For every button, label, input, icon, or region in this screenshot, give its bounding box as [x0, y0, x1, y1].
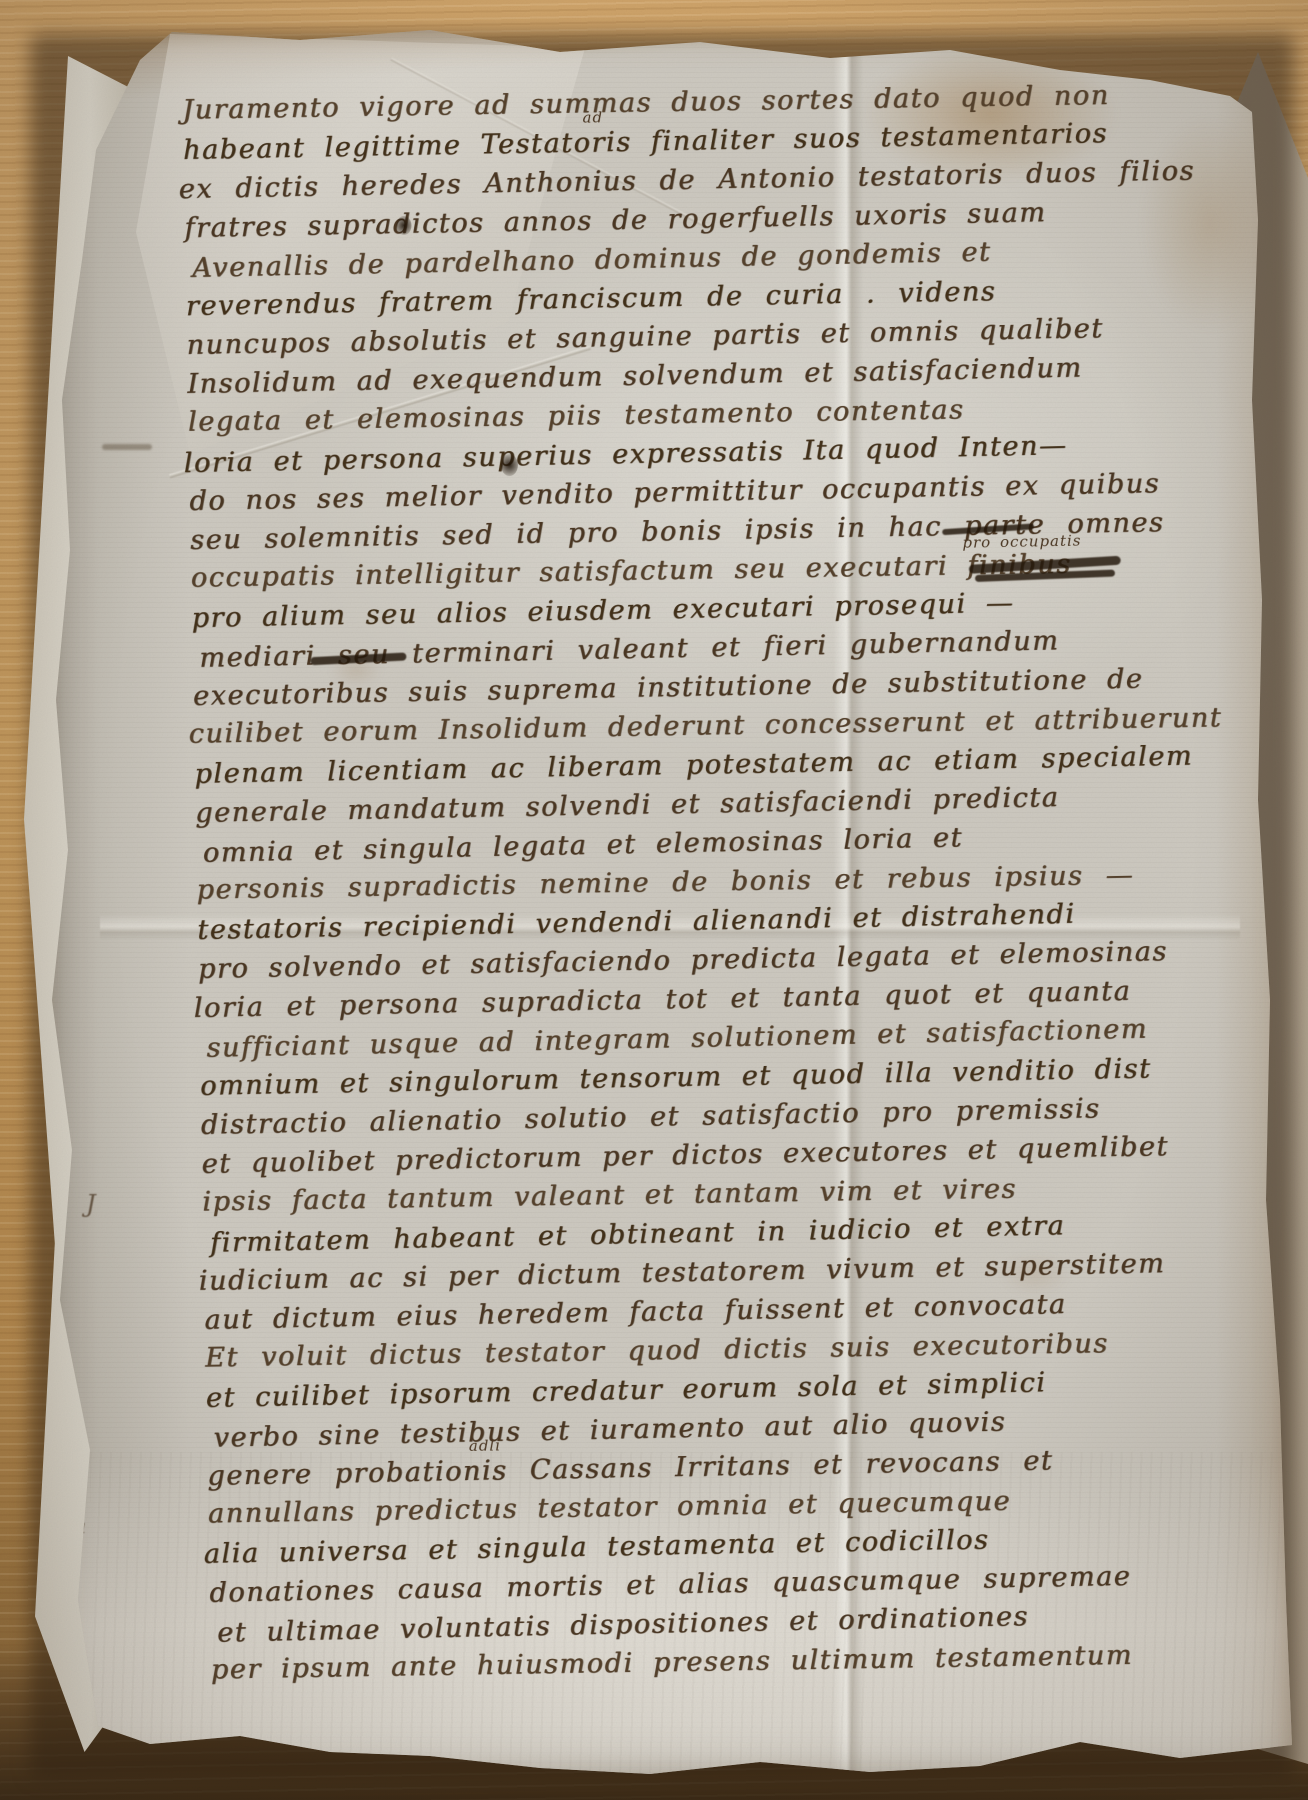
ink-blot	[396, 216, 411, 235]
manuscript-photo-scene: J ƨ a Juramento vigore ad summas duos so…	[0, 0, 1308, 1800]
interlinear-insertion: ad	[582, 110, 603, 125]
interlinear-insertion: adli	[469, 1438, 501, 1454]
ink-smudge	[102, 444, 152, 450]
margin-mark: J	[86, 1190, 96, 1218]
interlinear-insertion: pro occupatis	[962, 534, 1081, 551]
ink-blot	[501, 454, 518, 476]
page-text-block: Juramento vigore ad summas duos sortes d…	[182, 73, 1231, 1690]
manuscript-page: J ƨ a Juramento vigore ad summas duos so…	[40, 22, 1296, 1778]
